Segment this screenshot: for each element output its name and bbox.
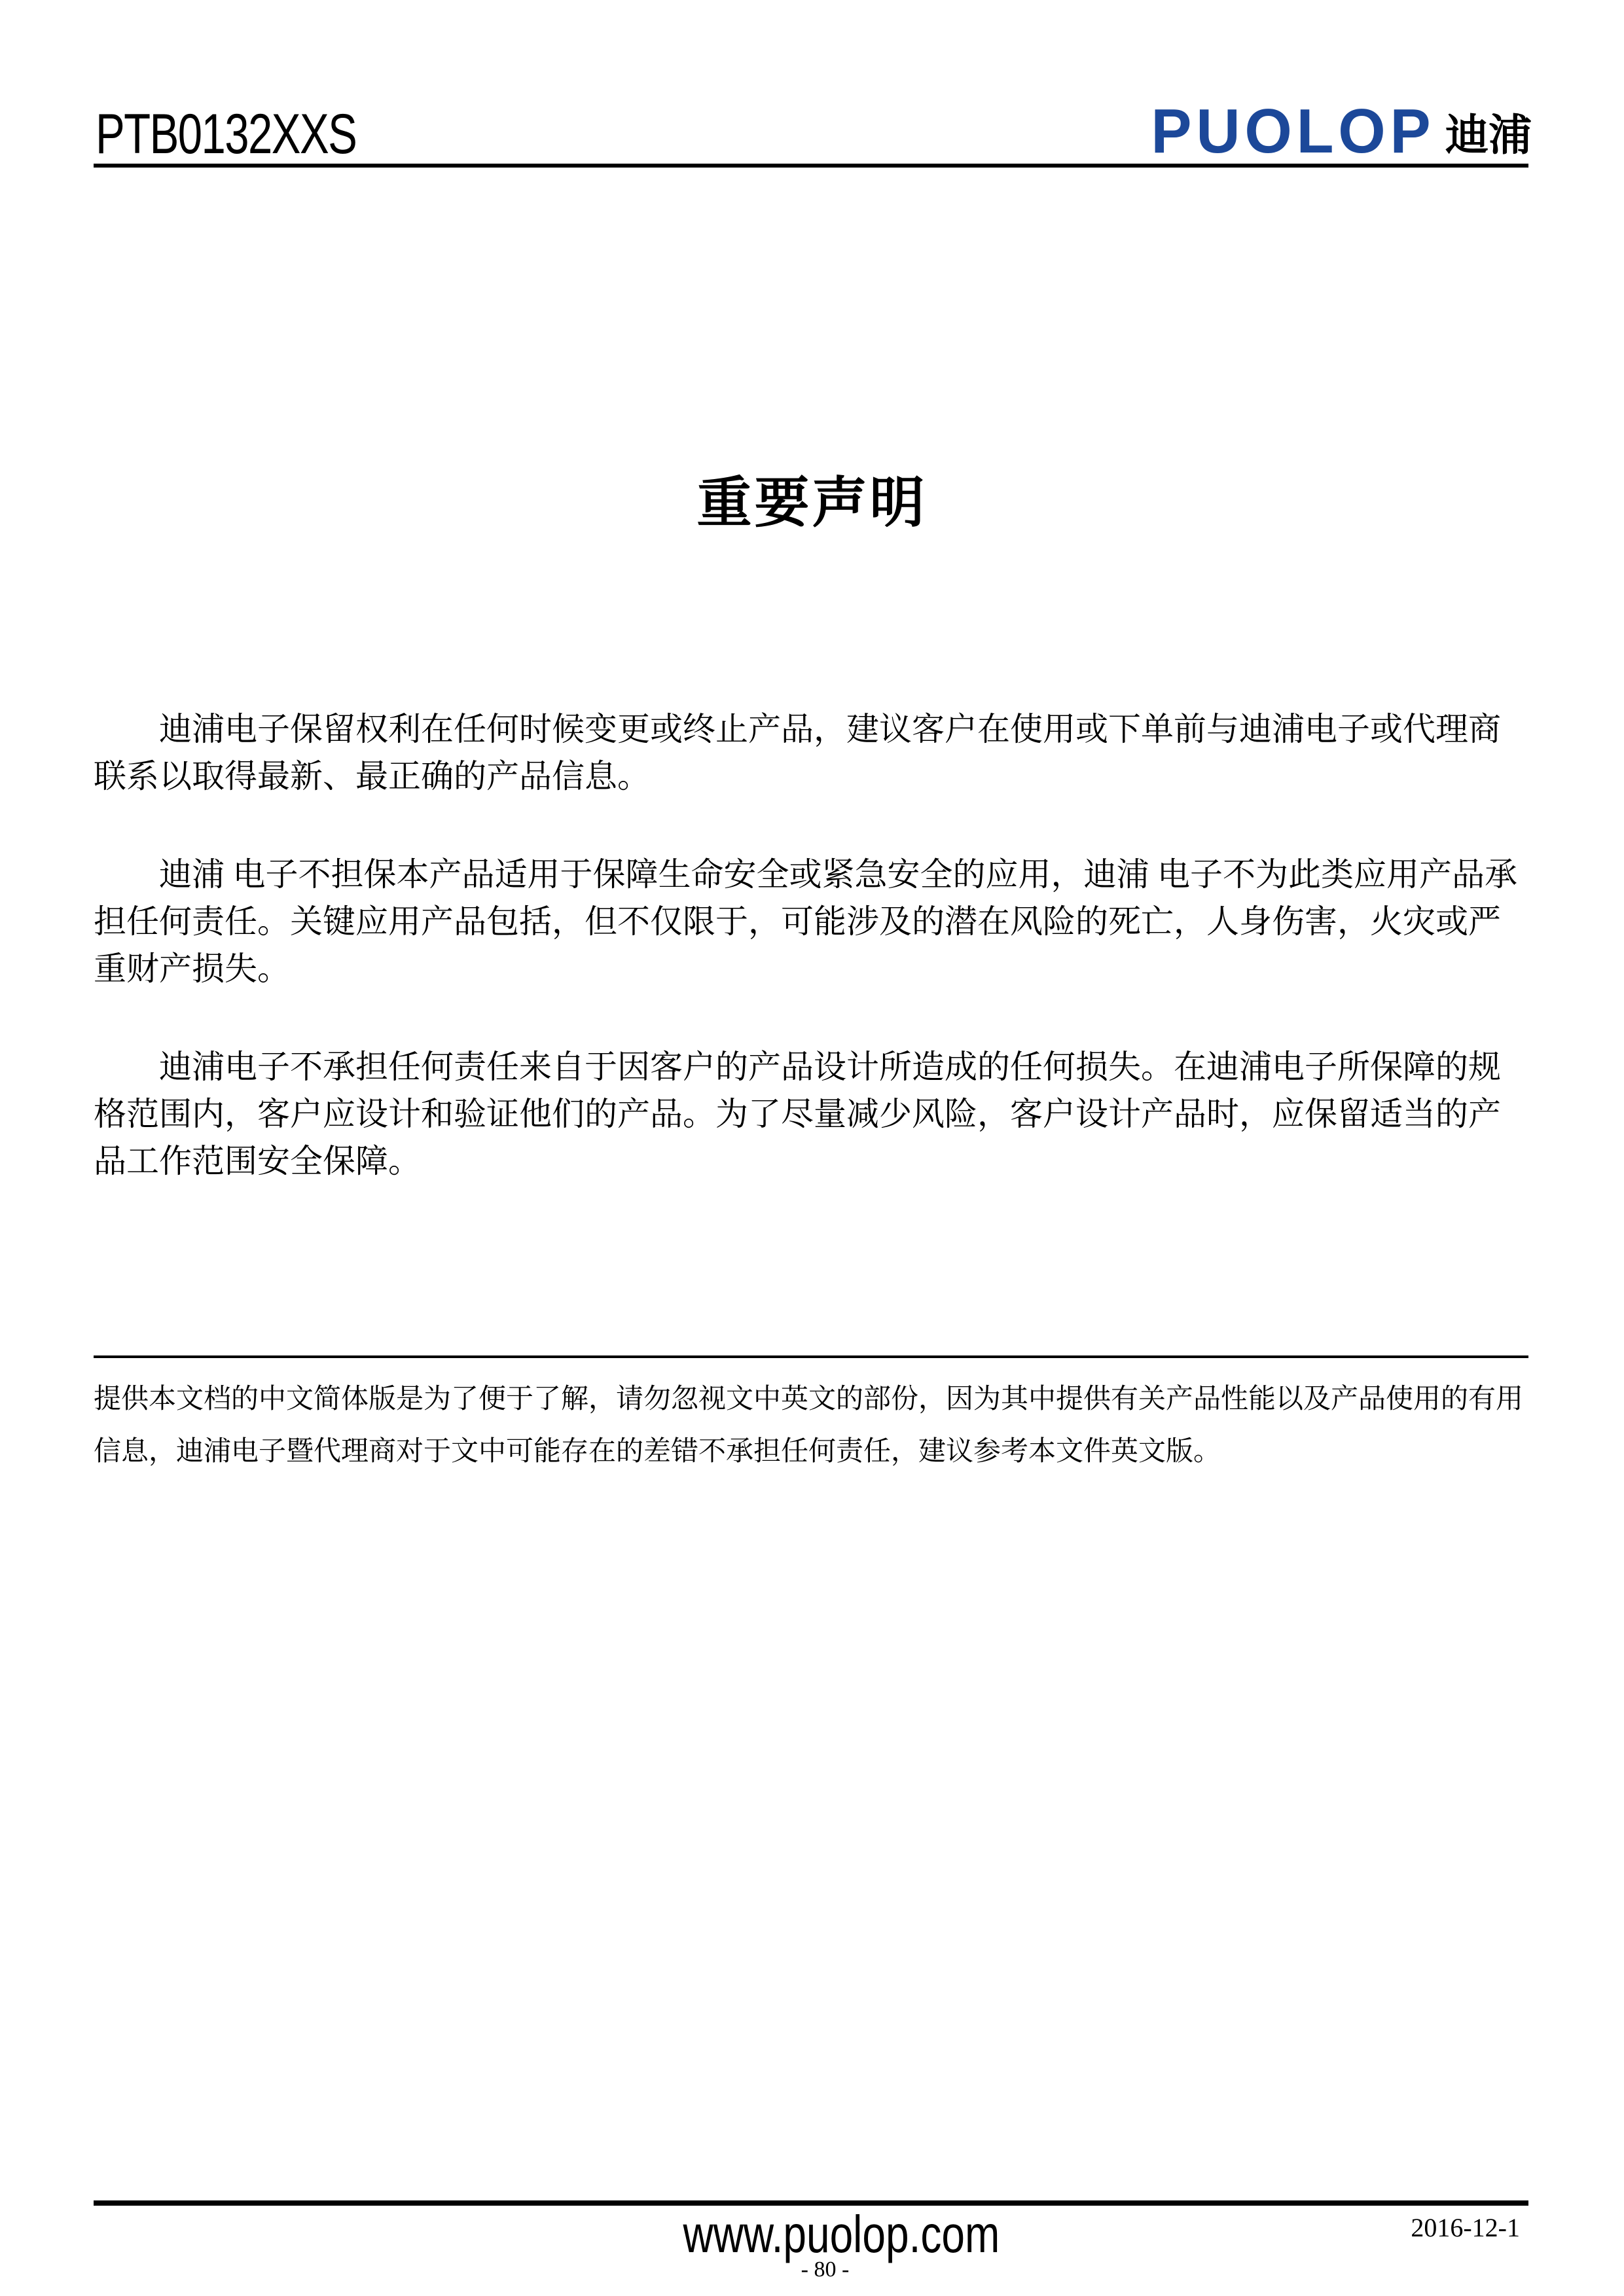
footnote-divider [94, 1355, 1528, 1358]
paragraph-line: 联系以取得最新、最正确的产品信息。 [94, 753, 1528, 800]
page-number: - 80 - [0, 2257, 1624, 2283]
product-code-header: PTB0132XXS [96, 106, 356, 162]
paragraph-line: 迪浦 电子不担保本产品适用于保障生命安全或紧急安全的应用，迪浦 电子不为此类应用… [94, 851, 1528, 898]
footer-date: 2016-12-1 [1411, 2214, 1520, 2242]
website-link[interactable]: www.puolop.com [683, 2207, 1000, 2262]
header-divider [94, 164, 1528, 168]
body-text: 迪浦电子保留权利在任何时候变更或终止产品，建议客户在使用或下单前与迪浦电子或代理… [94, 706, 1528, 1236]
footnote-line: 提供本文档的中文简体版是为了便于了解，请勿忽视文中英文的部份，因为其中提供有关产… [94, 1373, 1528, 1426]
paragraph: 迪浦电子不承担任何责任来自于因客户的产品设计所造成的任何损失。在迪浦电子所保障的… [94, 1043, 1528, 1185]
page-title: 重要声明 [0, 473, 1624, 535]
paragraph: 迪浦 电子不担保本产品适用于保障生命安全或紧急安全的应用，迪浦 电子不为此类应用… [94, 851, 1528, 992]
paragraph-line: 品工作范围安全保障。 [94, 1138, 1528, 1185]
company-logo: PUOLOP 迪浦 [1142, 103, 1532, 160]
footnote: 提供本文档的中文简体版是为了便于了解，请勿忽视文中英文的部份，因为其中提供有关产… [94, 1373, 1528, 1478]
paragraph-line: 重财产损失。 [94, 945, 1528, 992]
paragraph-line: 迪浦电子不承担任何责任来自于因客户的产品设计所造成的任何损失。在迪浦电子所保障的… [94, 1043, 1528, 1090]
footer-website: www.puolop.com [0, 2207, 1624, 2262]
paragraph: 迪浦电子保留权利在任何时候变更或终止产品，建议客户在使用或下单前与迪浦电子或代理… [94, 706, 1528, 800]
document-page: PTB0132XXS PUOLOP 迪浦 重要声明 迪浦电子保留权利在任何时候变… [0, 0, 1624, 2296]
paragraph-line: 迪浦电子保留权利在任何时候变更或终止产品，建议客户在使用或下单前与迪浦电子或代理… [94, 706, 1528, 753]
paragraph-line: 担任何责任。关键应用产品包括，但不仅限于，可能涉及的潜在风险的死亡，人身伤害，火… [94, 898, 1528, 945]
logo-brand-text: PUOLOP [1151, 103, 1435, 160]
paragraph-line: 格范围内，客户应设计和验证他们的产品。为了尽量减少风险，客户设计产品时，应保留适… [94, 1090, 1528, 1138]
footnote-line: 信息，迪浦电子暨代理商对于文中可能存在的差错不承担任何责任，建议参考本文件英文版… [94, 1426, 1528, 1478]
logo-brand-chinese: 迪浦 [1445, 110, 1532, 160]
